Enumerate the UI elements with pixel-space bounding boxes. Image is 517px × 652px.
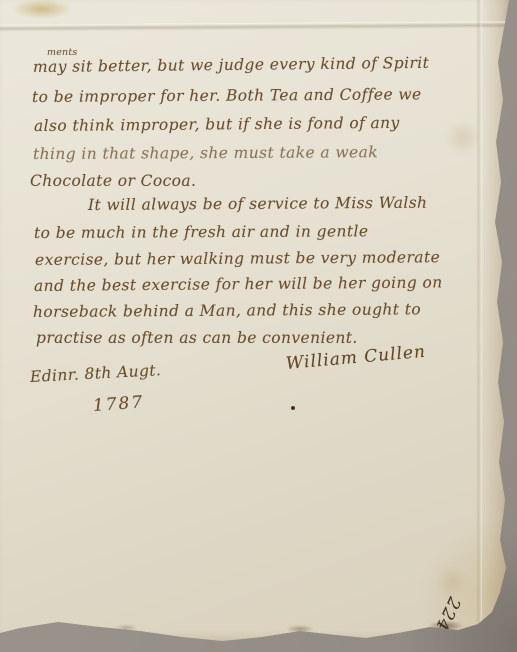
fold-crease-vertical [476,0,482,640]
ink-dot [291,406,295,410]
archive-folio-number: 224 [431,594,464,635]
letter-line: exercise, but her walking must be very m… [35,248,440,269]
letter-line: practise as often as can be convenient. [36,329,358,347]
letter-line: horseback behind a Man, and this she oug… [33,300,421,321]
letter-page: ments may sit better, but we judge every… [0,0,517,652]
letter-line: Chocolate or Cocoa. [30,172,196,190]
interlinear-insertion: ments [47,47,77,58]
letter-line: to be much in the fresh air and in gentl… [34,222,369,242]
dateline-place-day: Edinr. 8th Augt. [30,361,162,386]
dateline-year: 1787 [92,392,145,416]
photo-background: ments may sit better, but we judge every… [0,0,517,652]
letter-line: It will always be of service to Miss Wal… [88,194,428,214]
letter-line: may sit better, but we judge every kind … [33,54,429,76]
letter-line: to be improper for her. Both Tea and Cof… [32,85,422,106]
fold-crease-horizontal [0,21,506,32]
letter-line: and the best exercise for her will be he… [34,273,443,295]
letter-line: thing in that shape, she must take a wea… [33,143,378,163]
letter-line: also think improper, but if she is fond … [34,114,400,135]
